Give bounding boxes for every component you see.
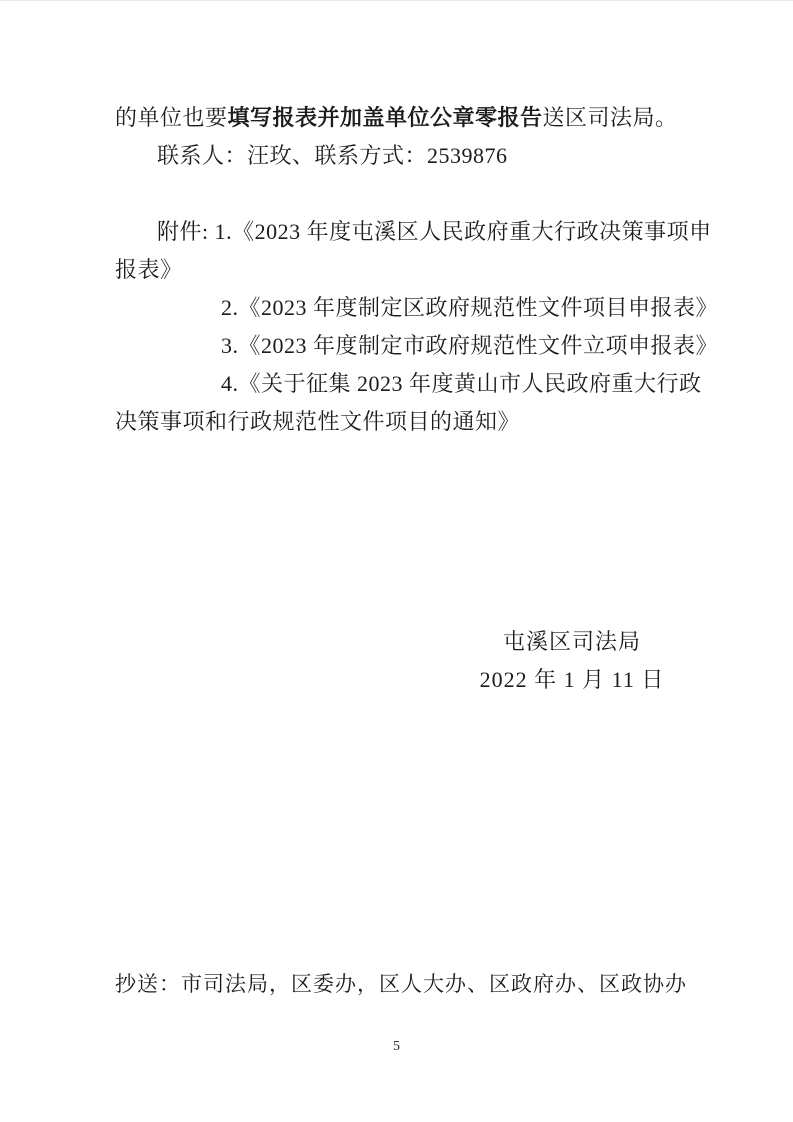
body-text: 的单位也要填写报表并加盖单位公章零报告送区司法局。 联系人：汪玫、联系方式：25… — [115, 99, 685, 441]
cc-block: 抄送：市司法局，区委办，区人大办、区政府办、区政协办 — [115, 965, 687, 1003]
attachment-line-1: 附件: 1.《2023 年度屯溪区人民政府重大行政决策事项申 — [115, 213, 685, 251]
contact-line: 联系人：汪玫、联系方式：2539876 — [115, 137, 685, 175]
attachment-line-4: 4.《关于征集 2023 年度黄山市人民政府重大行政 — [115, 365, 685, 403]
signature-date: 2022 年 1 月 11 日 — [452, 661, 692, 699]
paragraph-text-pre: 的单位也要 — [115, 105, 228, 130]
paragraph-text-post: 送区司法局。 — [543, 105, 678, 130]
bold-emphasis-text: 填写报表并加盖单位公章零报告 — [228, 105, 543, 130]
cc-line: 抄送：市司法局，区委办，区人大办、区政府办、区政协办 — [115, 965, 687, 1003]
page-number: 5 — [0, 1037, 793, 1057]
continuation-paragraph: 的单位也要填写报表并加盖单位公章零报告送区司法局。 — [115, 99, 685, 137]
attachment-line-3: 3.《2023 年度制定市政府规范性文件立项申报表》 — [115, 327, 685, 365]
blank-line — [115, 175, 685, 213]
signature-organization: 屯溪区司法局 — [452, 623, 692, 661]
signature-block: 屯溪区司法局 2022 年 1 月 11 日 — [452, 623, 692, 699]
attachment-line-4-wrap: 决策事项和行政规范性文件项目的通知》 — [115, 403, 685, 441]
attachment-line-1-wrap: 报表》 — [115, 251, 685, 289]
attachment-line-2: 2.《2023 年度制定区政府规范性文件项目申报表》 — [115, 289, 685, 327]
document-page: 的单位也要填写报表并加盖单位公章零报告送区司法局。 联系人：汪玫、联系方式：25… — [0, 0, 793, 1122]
